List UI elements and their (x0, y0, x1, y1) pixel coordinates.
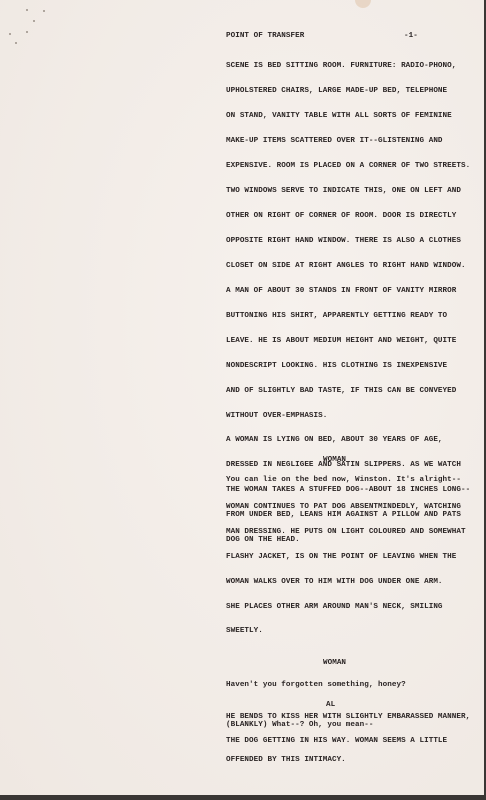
character-name-woman: WOMAN (323, 456, 346, 464)
paper-speck (26, 31, 28, 33)
script-page: POINT OF TRANSFER -1- SCENE IS BED SITTI… (0, 0, 484, 795)
character-name-woman: WOMAN (323, 659, 346, 667)
paper-stain (355, 0, 371, 8)
paper-speck (15, 42, 17, 44)
character-name-al: AL (326, 701, 335, 709)
scene-description-line: FROM UNDER BED, LEANS HIM AGAINST A PILL… (226, 511, 461, 519)
dialogue-line: Haven't you forgotten something, honey? (226, 681, 406, 689)
scene-description-line: DOG ON THE HEAD. (226, 536, 300, 544)
scene-description-line: WITHOUT OVER-EMPHASIS. (226, 412, 327, 420)
paper-speck (9, 33, 11, 35)
scene-description-line: OTHER ON RIGHT OF CORNER OF ROOM. DOOR I… (226, 212, 456, 220)
scene-description-line: UPHOLSTERED CHAIRS, LARGE MADE-UP BED, T… (226, 87, 447, 95)
scene-description-line: CLOSET ON SIDE AT RIGHT ANGLES TO RIGHT … (226, 262, 466, 270)
action-line: SHE PLACES OTHER ARM AROUND MAN'S NECK, … (226, 603, 443, 611)
scene-description-line: OPPOSITE RIGHT HAND WINDOW. THERE IS ALS… (226, 237, 461, 245)
scene-description-line: EXPENSIVE. ROOM IS PLACED ON A CORNER OF… (226, 162, 470, 170)
paper-speck (33, 20, 35, 22)
scene-description-line: BUTTONING HIS SHIRT, APPARENTLY GETTING … (226, 312, 447, 320)
dialogue-line: (BLANKLY) What--? Oh, you mean-- (226, 721, 373, 729)
scene-description-line: THE WOMAN TAKES A STUFFED DOG--ABOUT 18 … (226, 486, 470, 494)
scene-description-line: ON STAND, VANITY TABLE WITH ALL SORTS OF… (226, 112, 452, 120)
action-line: WOMAN CONTINUES TO PAT DOG ABSENTMINDEDL… (226, 503, 461, 511)
action-line: THE DOG GETTING IN HIS WAY. WOMAN SEEMS … (226, 737, 447, 745)
script-title: POINT OF TRANSFER (226, 32, 304, 40)
action-line: FLASHY JACKET, IS ON THE POINT OF LEAVIN… (226, 553, 456, 561)
scene-description-line: SCENE IS BED SITTING ROOM. FURNITURE: RA… (226, 62, 456, 70)
scene-description-line: MAKE-UP ITEMS SCATTERED OVER IT--GLISTEN… (226, 137, 443, 145)
scene-description-line: AND OF SLIGHTLY BAD TASTE, IF THIS CAN B… (226, 387, 456, 395)
scene-description-line: A MAN OF ABOUT 30 STANDS IN FRONT OF VAN… (226, 287, 456, 295)
scene-description-line: NONDESCRIPT LOOKING. HIS CLOTHING IS INE… (226, 362, 447, 370)
action-line: SWEETLY. (226, 627, 263, 635)
paper-speck (26, 9, 28, 11)
action-line: OFFENDED BY THIS INTIMACY. (226, 756, 346, 764)
action-line: HE BENDS TO KISS HER WITH SLIGHTLY EMBAR… (226, 713, 470, 721)
page-number: -1- (404, 32, 418, 40)
scene-description-line: A WOMAN IS LYING ON BED, ABOUT 30 YEARS … (226, 436, 443, 444)
paper-speck (43, 10, 45, 12)
action-line: WOMAN WALKS OVER TO HIM WITH DOG UNDER O… (226, 578, 443, 586)
scene-description-line: LEAVE. HE IS ABOUT MEDIUM HEIGHT AND WEI… (226, 337, 456, 345)
action-line: MAN DRESSING. HE PUTS ON LIGHT COLOURED … (226, 528, 466, 536)
scene-description-line: TWO WINDOWS SERVE TO INDICATE THIS, ONE … (226, 187, 461, 195)
dialogue-line: You can lie on the bed now, Winston. It'… (226, 476, 461, 484)
